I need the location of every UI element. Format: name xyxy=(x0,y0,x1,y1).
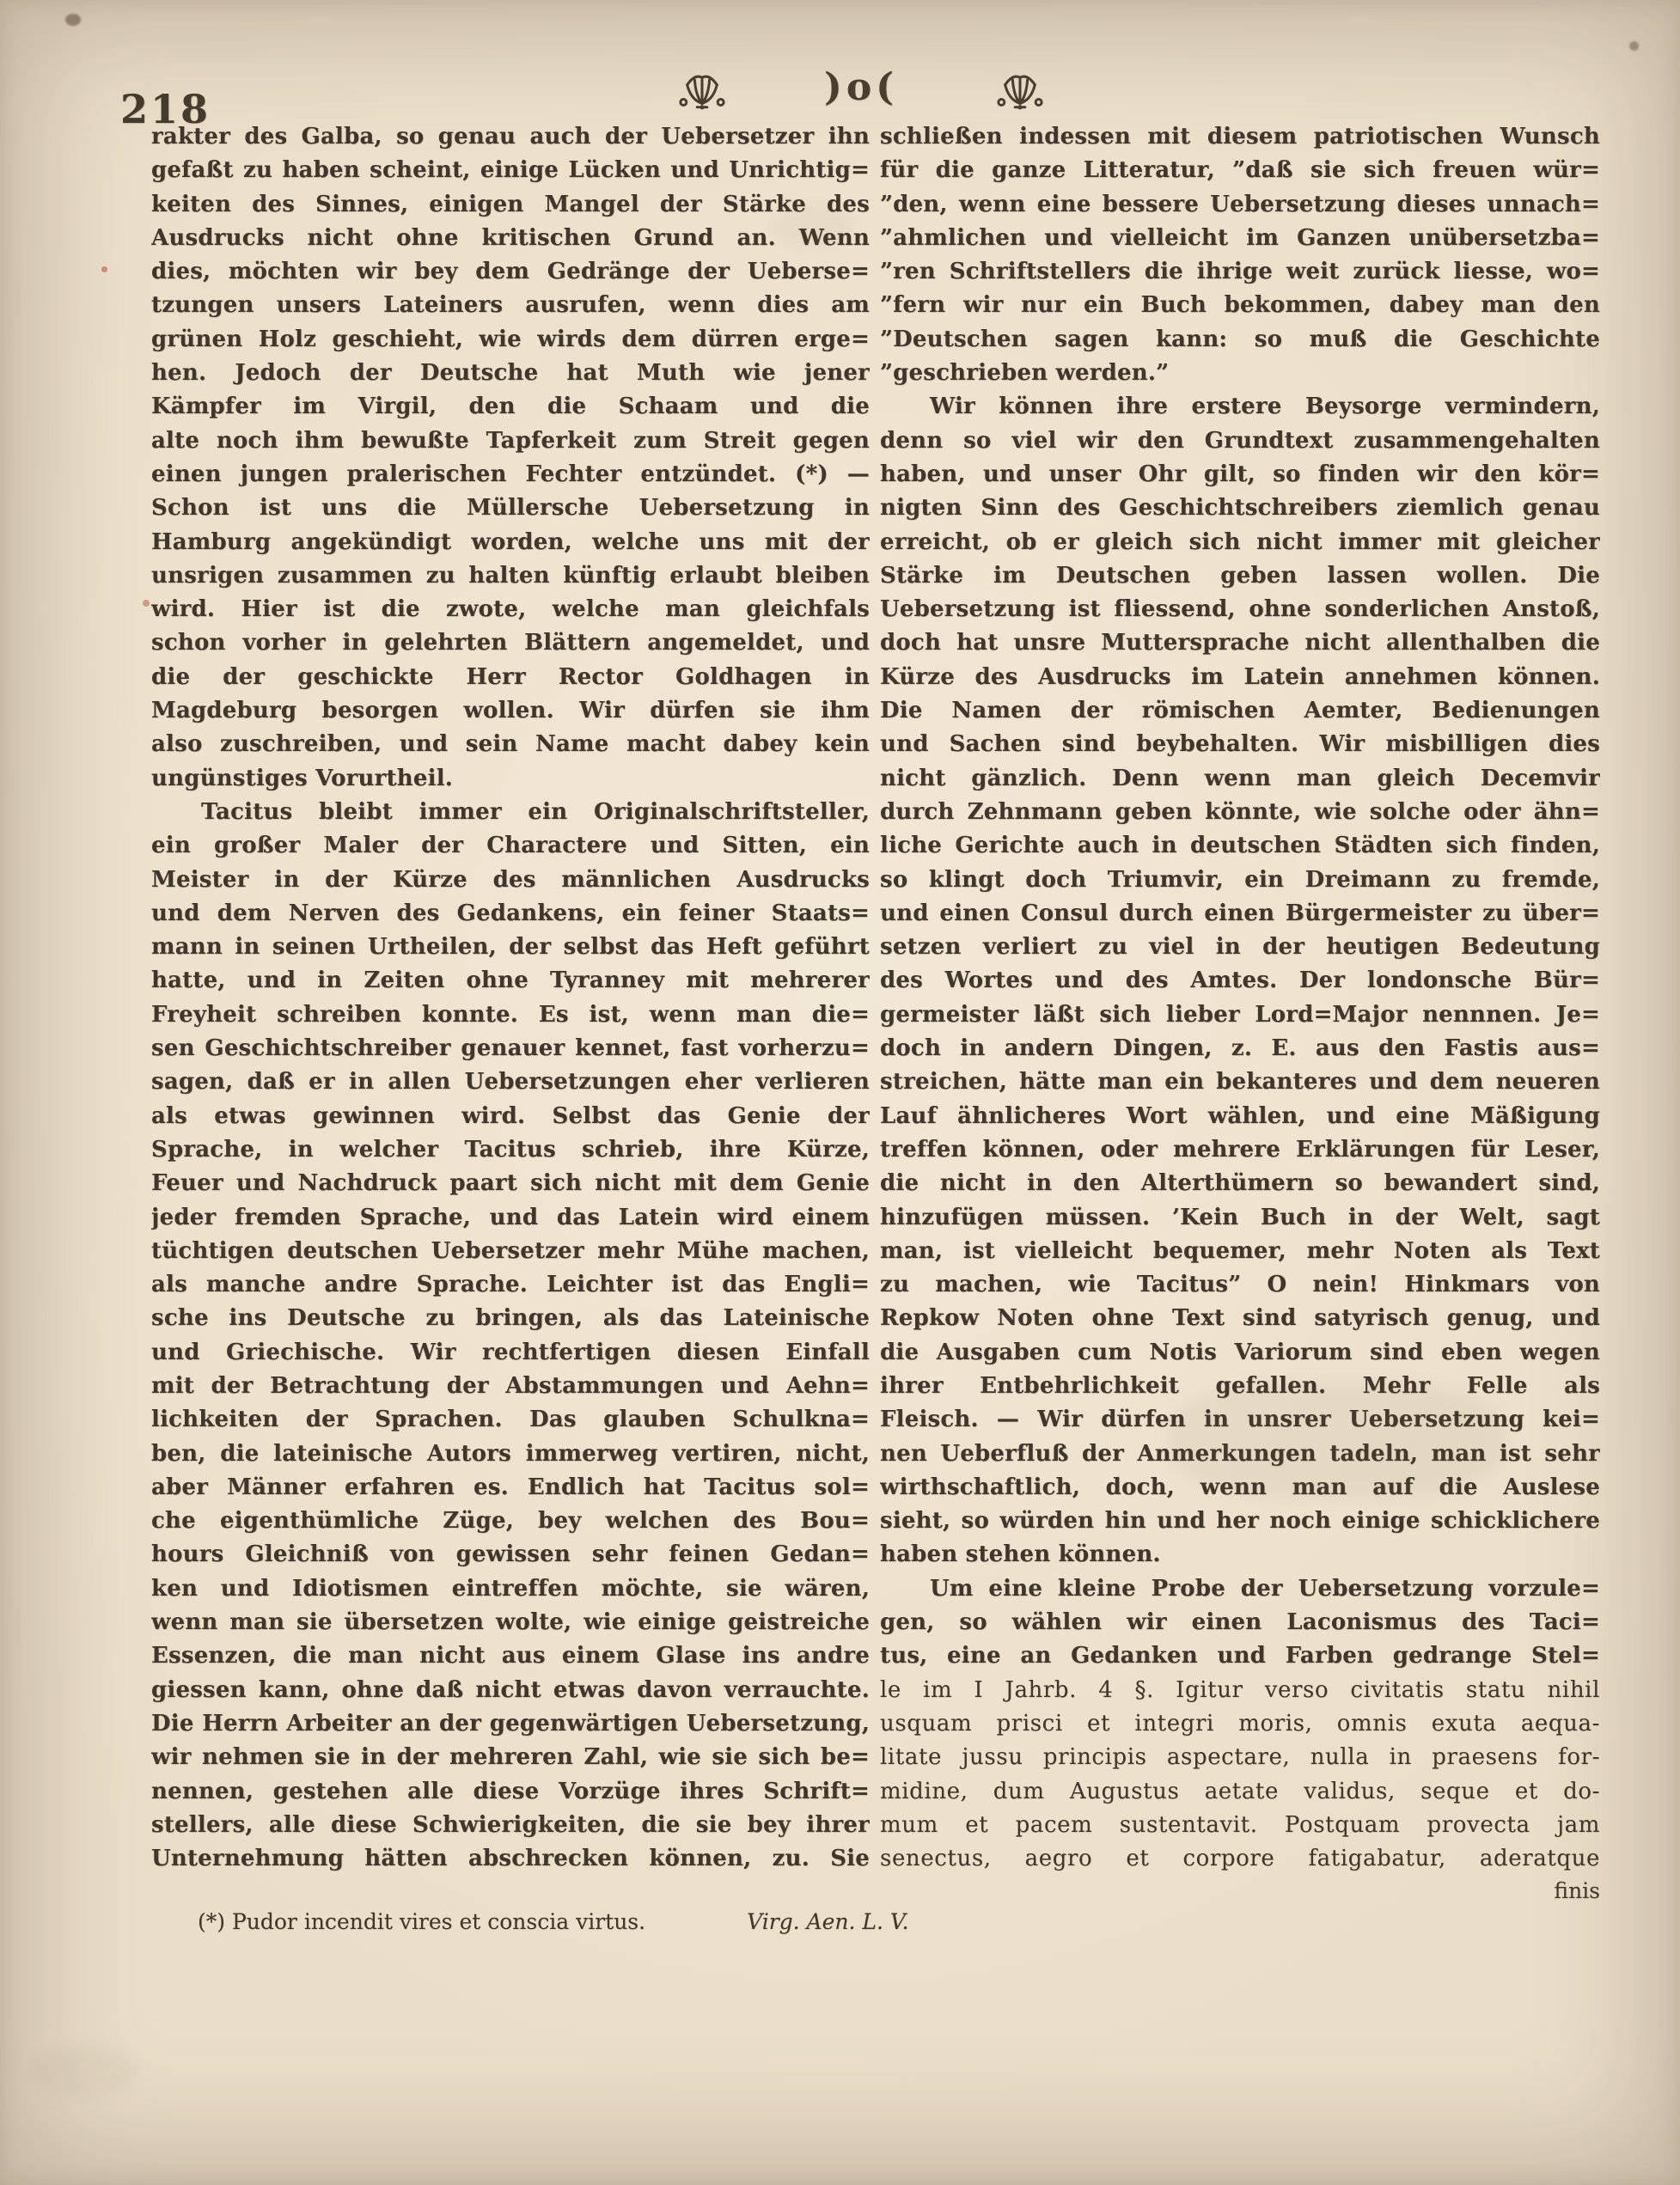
text-line: rakter des Galba, so genau auch der Uebe… xyxy=(151,120,870,154)
shell-fleuron-icon xyxy=(676,69,728,113)
text-line: Repkow Noten ohne Text sind satyrisch ge… xyxy=(880,1302,1600,1335)
text-line: ”fern wir nur ein Buch bekommen, dabey m… xyxy=(880,289,1600,322)
text-line: tzungen unsers Lateiners ausrufen, wenn … xyxy=(151,289,870,322)
header-ornaments: )o( xyxy=(676,69,1046,113)
footnote-source: Virg. Aen. L. V. xyxy=(747,1909,908,1934)
text-line: mann in seinen Urtheilen, der selbst das… xyxy=(151,931,870,964)
text-line: grünen Holz geschieht, wie wirds dem dür… xyxy=(151,323,870,357)
text-line: ben, die lateinische Autors immerweg ver… xyxy=(151,1437,870,1471)
text-line: hinzufügen müssen. ’Kein Buch in der Wel… xyxy=(880,1201,1600,1235)
text-line: treffen können, oder mehrere Erklärungen… xyxy=(880,1133,1600,1167)
text-line: doch hat unsre Muttersprache nicht allen… xyxy=(880,626,1600,660)
text-line: setzen verliert zu viel in der heutigen … xyxy=(880,931,1600,964)
paper-stain xyxy=(1629,41,1639,51)
footnote-text: (*) Pudor incendit vires et conscia virt… xyxy=(198,1909,645,1934)
text-line: ihrer Entbehrlichkeit gefallen. Mehr Fel… xyxy=(880,1370,1600,1403)
paper-stain xyxy=(101,266,107,272)
text-line: ”ren Schriftstellers die ihrige weit zur… xyxy=(880,255,1600,289)
text-line: ein großer Maler der Charactere und Sitt… xyxy=(151,829,870,863)
text-line: Essenzen, die man nicht aus einem Glase … xyxy=(151,1639,870,1673)
text-line: als manche andre Sprache. Leichter ist d… xyxy=(151,1268,870,1302)
text-line: alte noch ihm bewußte Tapferkeit zum Str… xyxy=(151,424,870,458)
text-line: haben stehen können. xyxy=(880,1538,1600,1572)
text-line: senectus, aegro et corpore fatigabatur, … xyxy=(880,1842,1600,1876)
paper-stain xyxy=(143,600,150,607)
text-line: Fleisch. — Wir dürfen in unsrer Ueberset… xyxy=(880,1403,1600,1437)
text-line: hours Gleichniß von gewissen sehr feinen… xyxy=(151,1538,870,1572)
text-line: unsrigen zusammen zu halten künftig erla… xyxy=(151,559,870,593)
text-line: durch Zehnmann geben könnte, wie solche … xyxy=(880,796,1600,829)
text-line: die nicht in den Alterthümern so bewande… xyxy=(880,1167,1600,1200)
text-line: als etwas gewinnen wird. Selbst das Geni… xyxy=(151,1100,870,1133)
text-line: sen Geschichtschreiber genauer kennet, f… xyxy=(151,1032,870,1065)
text-line: Die Herrn Arbeiter an der gegenwärtigen … xyxy=(151,1707,870,1741)
book-page: 218 )o( xyxy=(0,0,1680,2185)
text-line: Lauf ähnlicheres Wort wählen, und eine M… xyxy=(880,1100,1600,1133)
text-line: nigten Sinn des Geschichtschreibers ziem… xyxy=(880,491,1600,525)
text-line: Stärke im Deutschen geben lassen wollen.… xyxy=(880,559,1600,593)
text-line: zu machen, wie Tacitus” O nein! Hinkmars… xyxy=(880,1268,1600,1302)
text-line: einen jungen pralerischen Fechter entzün… xyxy=(151,458,870,491)
text-line: midine, dum Augustus aetate validus, seq… xyxy=(880,1775,1600,1809)
text-line: wenn man sie übersetzen wolte, wie einig… xyxy=(151,1606,870,1639)
text-line: dies, möchten wir bey dem Gedränge der U… xyxy=(151,255,870,289)
text-line: schon vorher in gelehrten Blättern angem… xyxy=(151,626,870,660)
text-line: denn so viel wir den Grundtext zusammeng… xyxy=(880,424,1600,458)
text-line: Wir können ihre erstere Beysorge vermind… xyxy=(880,390,1600,424)
text-line: Kämpfer im Virgil, den die Schaam und di… xyxy=(151,390,870,424)
text-line: streichen, hätte man ein bekanteres und … xyxy=(880,1065,1600,1099)
text-line: die der geschickte Herr Rector Goldhagen… xyxy=(151,661,870,694)
text-line: nen Ueberfluß der Anmerkungen tadeln, ma… xyxy=(880,1437,1600,1471)
text-line: also zuschreiben, und sein Name macht da… xyxy=(151,728,870,761)
text-line: haben, und unser Ohr gilt, so finden wir… xyxy=(880,458,1600,491)
text-line: lichkeiten der Sprachen. Das glauben Sch… xyxy=(151,1403,870,1437)
text-line: wir nehmen sie in der mehreren Zahl, wie… xyxy=(151,1741,870,1774)
text-line: und einen Consul durch einen Bürgermeist… xyxy=(880,897,1600,931)
text-line: ungünstiges Vorurtheil. xyxy=(151,762,870,796)
text-line: nicht gänzlich. Denn wenn man gleich Dec… xyxy=(880,762,1600,796)
paper-stain xyxy=(34,2045,137,2097)
text-line: Magdeburg besorgen wollen. Wir dürfen si… xyxy=(151,694,870,728)
text-line: erreicht, ob er gleich sich nicht immer … xyxy=(880,526,1600,559)
text-line: hen. Jedoch der Deutsche hat Muth wie je… xyxy=(151,357,870,390)
text-line: Kürze des Ausdrucks im Latein annehmen k… xyxy=(880,661,1600,694)
text-line: sagen, daß er in allen Uebersetzungen eh… xyxy=(151,1065,870,1099)
text-line: litate jussu principis aspectare, nulla … xyxy=(880,1741,1600,1774)
text-line: schließen indessen mit diesem patriotisc… xyxy=(880,120,1600,154)
text-line: stellers, alle diese Schwierigkeiten, di… xyxy=(151,1809,870,1842)
text-line: mit der Betrachtung der Abstammungen und… xyxy=(151,1370,870,1403)
text-line: doch in andern Dingen, z. E. aus den Fas… xyxy=(880,1032,1600,1065)
text-line: ”ahmlichen und vielleicht im Ganzen unüb… xyxy=(880,222,1600,255)
text-line: tus, eine an Gedanken und Farben gedrang… xyxy=(880,1639,1600,1673)
text-line: Meister in der Kürze des männlichen Ausd… xyxy=(151,864,870,897)
text-line: wird. Hier ist die zwote, welche man gle… xyxy=(151,593,870,626)
text-line: tüchtigen deutschen Uebersetzer mehr Müh… xyxy=(151,1235,870,1268)
text-line: hatte, und in Zeiten ohne Tyranney mit m… xyxy=(151,964,870,998)
text-line: le im I Jahrb. 4 §. Igitur verso civitat… xyxy=(880,1674,1600,1707)
text-line: für die ganze Litteratur, ”daß sie sich … xyxy=(880,154,1600,187)
text-line: nennen, gestehen alle diese Vorzüge ihre… xyxy=(151,1775,870,1809)
paper-stain xyxy=(65,14,81,26)
text-line: Uebersetzung ist fliessend, ohne sonderl… xyxy=(880,593,1600,626)
left-text-column: rakter des Galba, so genau auch der Uebe… xyxy=(151,120,870,1876)
text-line: jeder fremden Sprache, und das Latein wi… xyxy=(151,1201,870,1235)
text-line: ”geschrieben werden.” xyxy=(880,357,1600,390)
text-line: Feuer und Nachdruck paart sich nicht mit… xyxy=(151,1167,870,1200)
text-line: sche ins Deutsche zu bringen, als das La… xyxy=(151,1302,870,1335)
text-line: ”Deutschen sagen kann: so muß die Geschi… xyxy=(880,323,1600,357)
text-line: Tacitus bleibt immer ein Originalschrift… xyxy=(151,796,870,829)
text-line: gen, so wählen wir einen Laconismus des … xyxy=(880,1606,1600,1639)
text-line: und Griechische. Wir rechtfertigen diese… xyxy=(151,1336,870,1370)
text-line: ”den, wenn eine bessere Uebersetzung die… xyxy=(880,188,1600,222)
text-line: so klingt doch Triumvir, ein Dreimann zu… xyxy=(880,864,1600,897)
text-line: Ausdrucks nicht ohne kritischen Grund an… xyxy=(151,222,870,255)
text-line: Die Namen der römischen Aemter, Bedienun… xyxy=(880,694,1600,728)
text-line: aber Männer erfahren es. Endlich hat Tac… xyxy=(151,1471,870,1504)
text-line: che eigenthümliche Züge, bey welchen des… xyxy=(151,1504,870,1538)
shell-fleuron-icon xyxy=(994,69,1046,113)
text-line: die Ausgaben cum Notis Variorum sind ebe… xyxy=(880,1336,1600,1370)
text-line: germeister läßt sich lieber Lord=Major n… xyxy=(880,998,1600,1032)
text-line: liche Gerichte auch in deutschen Städten… xyxy=(880,829,1600,863)
text-line: sieht, so würden hin und her noch einige… xyxy=(880,1504,1600,1538)
catchword: finis xyxy=(880,1878,1600,1903)
text-line: ken und Idiotismen eintreffen möchte, si… xyxy=(151,1572,870,1606)
text-line: gefaßt zu haben scheint, einige Lücken u… xyxy=(151,154,870,187)
printers-mark: )o( xyxy=(824,69,898,107)
text-line: und dem Nerven des Gedankens, ein feiner… xyxy=(151,897,870,931)
text-line: usquam prisci et integri moris, omnis ex… xyxy=(880,1707,1600,1741)
text-line: des Wortes und des Amtes. Der londonsche… xyxy=(880,964,1600,998)
footnote: (*) Pudor incendit vires et conscia virt… xyxy=(198,1909,909,1934)
text-line: Unternehmung hätten abschrecken können, … xyxy=(151,1842,870,1876)
text-line: Um eine kleine Probe der Uebersetzung vo… xyxy=(880,1572,1600,1606)
text-line: Freyheit schreiben konnte. Es ist, wenn … xyxy=(151,998,870,1032)
right-text-column: schließen indessen mit diesem patriotisc… xyxy=(880,120,1600,1876)
text-line: Hamburg angekündigt worden, welche uns m… xyxy=(151,526,870,559)
text-line: mum et pacem sustentavit. Postquam prove… xyxy=(880,1809,1600,1842)
text-line: keiten des Sinnes, einigen Mangel der St… xyxy=(151,188,870,222)
text-line: und Sachen sind beybehalten. Wir misbill… xyxy=(880,728,1600,761)
text-line: Sprache, in welcher Tacitus schrieb, ihr… xyxy=(151,1133,870,1167)
text-line: wirthschaftlich, doch, wenn man auf die … xyxy=(880,1471,1600,1504)
text-line: Schon ist uns die Müllersche Uebersetzun… xyxy=(151,491,870,525)
text-line: man, ist vielleicht bequemer, mehr Noten… xyxy=(880,1235,1600,1268)
text-line: giessen kann, ohne daß nicht etwas davon… xyxy=(151,1674,870,1707)
